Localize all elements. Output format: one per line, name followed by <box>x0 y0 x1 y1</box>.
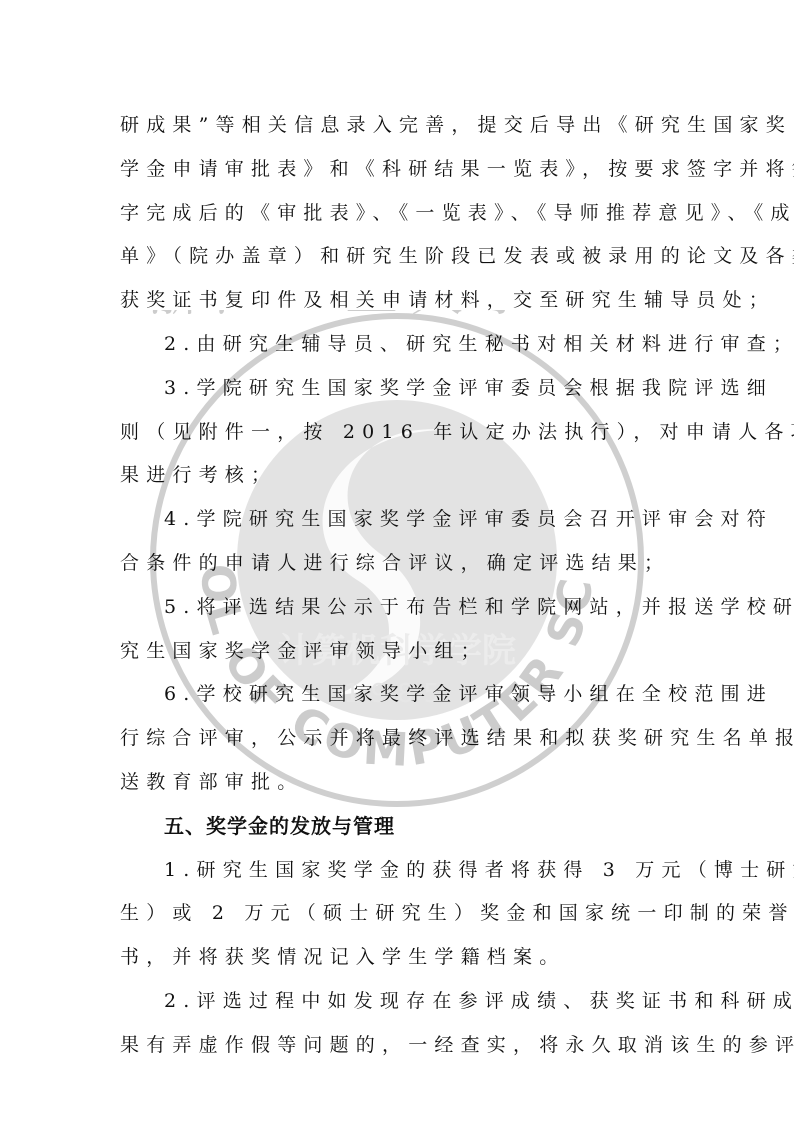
list-item-2: 2.评选过程中如发现存在参评成绩、获奖证书和科研成 <box>120 982 680 1026</box>
list-item-5: 5.将评选结果公示于布告栏和学院网站，并报送学校研 <box>120 588 680 632</box>
document-body: 研成果”等相关信息录入完善，提交后导出《研究生国家奖 学金申请审批表》和《科研结… <box>120 106 680 1070</box>
text-line: 书，并将获奖情况记入学生学籍档案。 <box>120 938 680 982</box>
list-item-4: 4.学院研究生国家奖学金评审委员会召开评审会对符 <box>120 500 680 544</box>
text-line: 行综合评审，公示并将最终评选结果和拟获奖研究生名单报 <box>120 719 680 763</box>
text-line: 学金申请审批表》和《科研结果一览表》，按要求签字并将签 <box>120 150 680 194</box>
text-line: 合条件的申请人进行综合评议，确定评选结果； <box>120 544 680 588</box>
text-line: 单》（院办盖章）和研究生阶段已发表或被录用的论文及各类 <box>120 237 680 281</box>
text-line: 果有弄虚作假等问题的，一经查实，将永久取消该生的参评 <box>120 1026 680 1070</box>
text-line: 生）或 2 万元（硕士研究生）奖金和国家统一印制的荣誉证 <box>120 894 680 938</box>
text-line: 获奖证书复印件及相关申请材料，交至研究生辅导员处； <box>120 281 680 325</box>
list-item-6: 6.学校研究生国家奖学金评审领导小组在全校范围进 <box>120 675 680 719</box>
text-line: 则（见附件一，按 2016 年认定办法执行），对申请人各项成 <box>120 413 680 457</box>
text-line: 果进行考核； <box>120 456 680 500</box>
text-line: 研成果”等相关信息录入完善，提交后导出《研究生国家奖 <box>120 106 680 150</box>
list-item-1: 1.研究生国家奖学金的获得者将获得 3 万元（博士研究 <box>120 851 680 895</box>
list-item-3: 3.学院研究生国家奖学金评审委员会根据我院评选细 <box>120 369 680 413</box>
text-line: 究生国家奖学金评审领导小组； <box>120 632 680 676</box>
text-line: 送教育部审批。 <box>120 763 680 807</box>
section-heading: 五、奖学金的发放与管理 <box>120 807 680 851</box>
list-item-2: 2.由研究生辅导员、研究生秘书对相关材料进行审查； <box>120 325 680 369</box>
text-line: 字完成后的《审批表》、《一览表》、《导师推荐意见》、《成绩 <box>120 194 680 238</box>
document-page: 浙江工业大学 SCHOOL OF COMPUTER SCIENCE 计算机科学学… <box>0 0 794 1123</box>
